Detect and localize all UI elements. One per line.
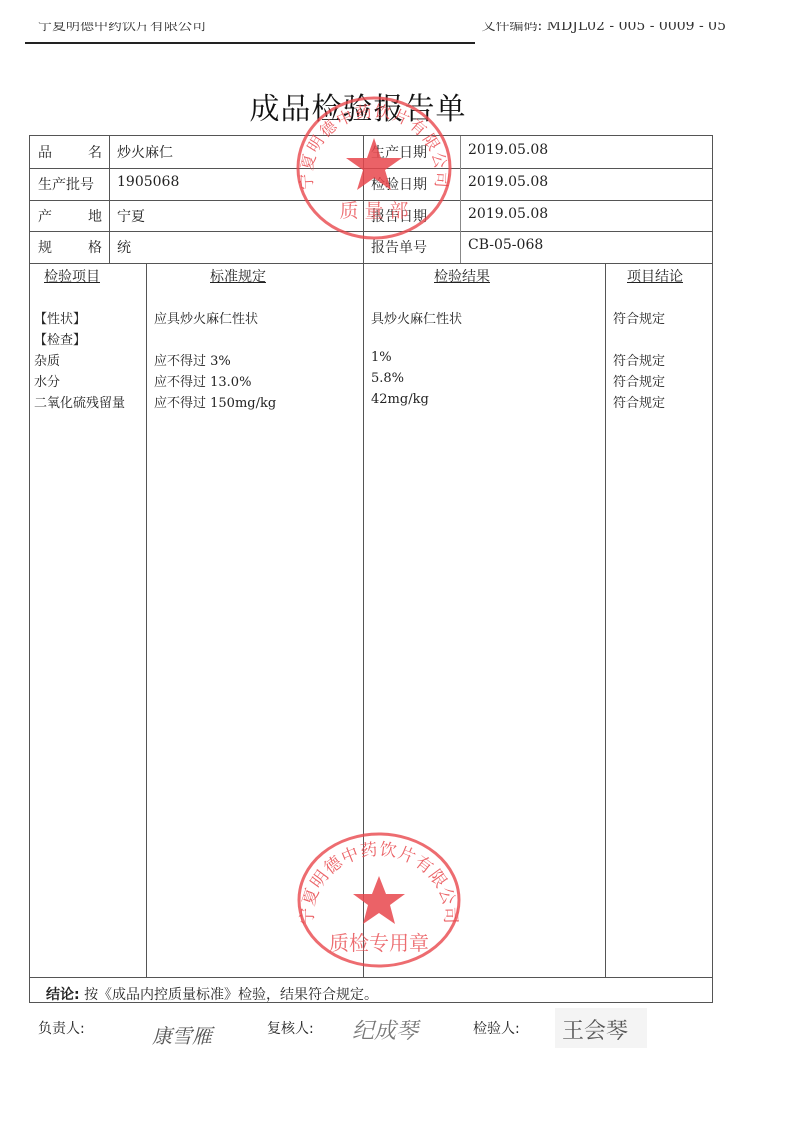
inspection-conclusion: 符合规定 bbox=[613, 308, 665, 327]
conclusion-label: 结论: bbox=[46, 987, 80, 1003]
info-label-left: 生产批号 bbox=[38, 174, 94, 194]
row-divider bbox=[30, 200, 712, 201]
info-value-right: 2019.05.08 bbox=[468, 174, 548, 190]
responsible-label: 负责人: bbox=[38, 1018, 85, 1038]
info-label-right: 报告日期 bbox=[371, 206, 427, 226]
inspection-item: 【性状】 bbox=[34, 308, 86, 327]
inspection-result: 5.8% bbox=[371, 371, 404, 386]
responsible-signature: 康雪雁 bbox=[152, 1020, 212, 1049]
conclusion-row: 结论: 按《成品内控质量标准》检验，结果符合规定。 bbox=[46, 984, 378, 1004]
reviewer-label: 复核人: bbox=[267, 1018, 314, 1038]
info-label-left: 规格 bbox=[38, 237, 102, 257]
header-result: 检验结果 bbox=[434, 266, 490, 286]
header-rule bbox=[25, 42, 475, 44]
info-value-right: CB-05-068 bbox=[468, 237, 543, 253]
info-value-left: 统 bbox=[117, 237, 131, 257]
info-value-left: 炒火麻仁 bbox=[117, 142, 173, 162]
inspection-result: 具炒火麻仁性状 bbox=[371, 308, 462, 327]
conclusion-text: 按《成品内控质量标准》检验，结果符合规定。 bbox=[84, 987, 378, 1003]
inspection-standard: 应具炒火麻仁性状 bbox=[154, 308, 258, 327]
inspection-standard: 应不得过 13.0% bbox=[154, 371, 251, 390]
inspection-standard: 应不得过 150mg/kg bbox=[154, 392, 276, 411]
inspection-item: 杂质 bbox=[34, 350, 60, 369]
info-value-left: 1905068 bbox=[117, 174, 179, 190]
page-header: 宁夏明德中药饮片有限公司 文件编码: MDJL02 - 005 - 0009 -… bbox=[38, 22, 726, 42]
inspection-result: 42mg/kg bbox=[371, 392, 429, 407]
info-label-right: 生产日期 bbox=[371, 142, 427, 162]
inspection-conclusion: 符合规定 bbox=[613, 392, 665, 411]
company-name: 宁夏明德中药饮片有限公司 bbox=[38, 22, 206, 35]
row-divider bbox=[30, 977, 712, 978]
info-value-right: 2019.05.08 bbox=[468, 206, 548, 222]
info-value-right: 2019.05.08 bbox=[468, 142, 548, 158]
info-value-left: 宁夏 bbox=[117, 206, 145, 226]
report-table: 品名炒火麻仁生产日期2019.05.08生产批号1905068检验日期2019.… bbox=[29, 135, 713, 1003]
info-label-right: 报告单号 bbox=[371, 237, 427, 257]
row-divider bbox=[30, 231, 712, 232]
col-divider bbox=[605, 263, 606, 977]
inspection-standard: 应不得过 3% bbox=[154, 350, 231, 369]
row-divider bbox=[30, 263, 712, 264]
document-code: 文件编码: MDJL02 - 005 - 0009 - 05 bbox=[481, 22, 726, 35]
header-standard: 标准规定 bbox=[210, 266, 266, 286]
header-item: 检验项目 bbox=[44, 266, 100, 286]
inspector-signature: 王会琴 bbox=[562, 1014, 628, 1045]
inspection-conclusion: 符合规定 bbox=[613, 350, 665, 369]
info-label-left: 产地 bbox=[38, 206, 102, 226]
row-divider bbox=[30, 168, 712, 169]
info-label-right: 检验日期 bbox=[371, 174, 427, 194]
inspection-result: 1% bbox=[371, 350, 392, 365]
col-divider bbox=[460, 136, 461, 263]
col-divider bbox=[146, 263, 147, 977]
inspection-item: 二氧化硫残留量 bbox=[34, 392, 125, 411]
reviewer-signature: 纪成琴 bbox=[352, 1014, 418, 1045]
page-title: 成品检验报告单 bbox=[0, 84, 716, 128]
info-label-left: 品名 bbox=[38, 142, 102, 162]
inspection-item: 水分 bbox=[34, 371, 60, 390]
col-divider bbox=[109, 136, 110, 263]
header-conclusion: 项目结论 bbox=[627, 266, 683, 286]
col-divider bbox=[363, 136, 364, 977]
inspection-conclusion: 符合规定 bbox=[613, 371, 665, 390]
inspector-label: 检验人: bbox=[473, 1018, 520, 1038]
inspection-item: 【检查】 bbox=[34, 329, 86, 348]
